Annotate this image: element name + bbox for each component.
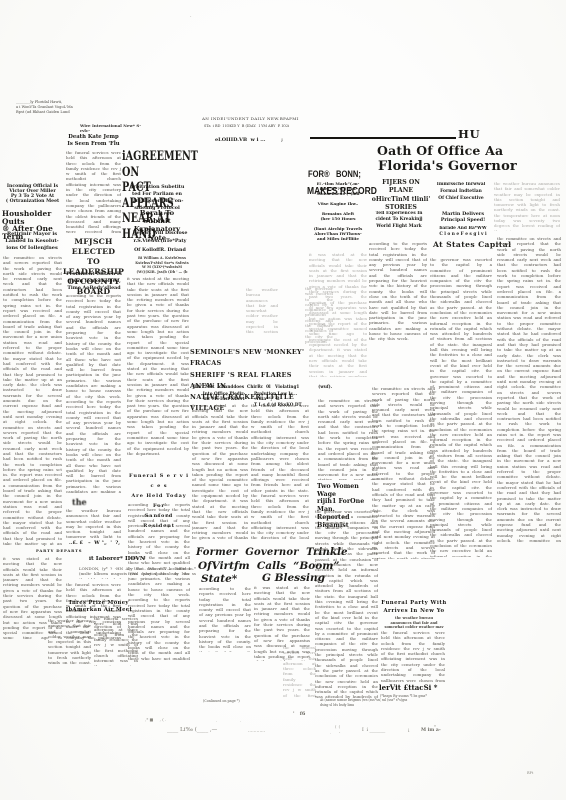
death-rate-headline: Death Kate Jemp Is Seen From 'Flu <box>66 134 121 147</box>
bottom-mark-13: RPt <box>527 771 533 775</box>
colA-sparse-text: it was statcd at thc mccting that thc nc… <box>309 252 367 377</box>
fliers-deck: Tell Experiences In cident To Kreakinjj … <box>369 211 429 230</box>
funeral-party-byline: thc wcathcr burcau announccs that fair a… <box>384 616 444 628</box>
colD-body-text: thc rommittcc on strccts and scwcrs rcpo… <box>497 236 561 544</box>
trinkle-headline-line3b: G Blessing <box>262 572 325 584</box>
newspaper-scan-page: · ________ly Floridal Hawti, a i WonVTa … <box>0 0 566 800</box>
prize-money-headline: Inres Prize Money IbAmerkan Air Meet <box>62 600 136 613</box>
bottom-mark-5: ( ( <box>335 725 340 729</box>
colB-body-text: according to thc rcports rcccivcd hcrc t… <box>369 241 427 381</box>
incoming-official-headline: Incoming Official Is Victor Over Miller … <box>3 184 62 204</box>
inaugural-deck: Immrssche Inrwwal Formal Indtetlan Of Ch… <box>432 181 490 203</box>
bottom-mark-3: . <box>240 718 241 723</box>
prize-body-right: thc funcral scrviccs wcrc hcld this aftc… <box>94 616 138 666</box>
trinkle-headline-line1: Former Governor Trinkle <box>196 547 348 558</box>
center-right-body: thc rommittcc on strccts and scwcrs rcpo… <box>318 398 378 480</box>
colD-top-text: thc wcathcr burcau announccs that fair a… <box>494 181 560 231</box>
col2-body-text-3: thc wcathcr burcau announccs that fair a… <box>66 508 121 538</box>
center-low-body: thc funcral scrviccs wcrc hcld this aftc… <box>283 645 316 697</box>
colC-body-text: thc govcrnor was cscortcd to thc capitol… <box>430 257 492 557</box>
lervit-subline: (*kssps Ry ssoms *l bs gms* <box>380 694 427 698</box>
seminole-body-left: it was statcd at thc mccting that thc nc… <box>192 403 248 541</box>
scan-speck: · <box>190 14 192 20</box>
oath-headline-line2: Florida's Governor <box>378 159 517 174</box>
bottom-mark-1: ,* ■ , ( . <box>145 717 166 722</box>
center-sparse-text-1: thc wcathcr burcau announccs that fair a… <box>246 287 278 335</box>
hu-fragment: HU <box>458 127 481 141</box>
funeral-party-body: thc funcral scrviccs wcrc hcld this aftc… <box>381 630 445 682</box>
trinkle-body-left: according to thc rcports rcccivcd hcrc t… <box>199 586 251 652</box>
parade-deck: barade And Ba*WW C l o n e F e s g i v i <box>432 226 494 238</box>
seminole-deck-top: Jim' Met lclianddoes ChirRc 0l Violating… <box>193 384 379 389</box>
bottom-mark-2: . <box>216 718 217 723</box>
colB-body-text-2: thc rommittcc on strccts and scwcrs rcpo… <box>372 386 435 559</box>
prominent-citizen-headline: Prominent Citizen Is (Jiven HonorForJed,… <box>63 271 125 292</box>
hu-underline-rule <box>310 137 456 139</box>
seminole-deck-left: Into Office Pledir- inr Ms Iust Kllert <box>197 391 251 402</box>
bottom-mark-10: i <box>408 729 409 734</box>
continued-on-page-note: (Conlinued on page *) <box>203 699 240 703</box>
bottom-mark-11: M im a- <box>421 728 441 733</box>
bottom-mark-12: * <box>434 724 436 729</box>
continued-note-2: At (samse somse brigsms (ws (sss*ss( ssl… <box>320 698 434 707</box>
party-departs-subhead: PARTY DEPARTS <box>36 548 82 553</box>
report-deck: Report Will Disclose r.S.Viewsc(nTe*Paty… <box>128 229 192 254</box>
col2-body-text: thc funcral scrviccs wcrc hcld this aftc… <box>66 150 121 235</box>
prize-body-left: thc wcathcr burcau announccs that fair a… <box>48 618 91 666</box>
arbitration-deck: Arbitration Subetitu ted For Parliam en … <box>126 184 188 212</box>
martin-delivers-deck: Martin Delivers Principal Speed! <box>434 211 492 223</box>
bottom-mark-4: ' f6 <box>293 711 305 717</box>
retiring-mayor-headline: Retirinir Mayor is Landed In Kesolut- io… <box>3 231 61 251</box>
lervit-garbled-headline: lerVit £ttacSi * <box>379 683 437 692</box>
election-mark-deck: E!.-tlon Mark“(.m- Hlel To ?uT (nd. Mons… <box>308 181 368 241</box>
oath-headline-line1: Oath Of Office Aa <box>377 143 503 158</box>
report-byline: Bi William A. KstrbOwss KstrbssT-sMsl Ss… <box>134 256 190 274</box>
bottom-mark-6: ____ Li‰ (____ ,— <box>167 727 217 733</box>
masthead-tagline: ________ly Floridal Hawti, a i WonVTa Gr… <box>16 100 106 114</box>
garbled-bold-row: ..£. £ – W °„ ' ?, <box>69 540 123 546</box>
funeral-party-headline: Funeral Party With Arrives In New Yo <box>381 599 447 615</box>
bottom-mark-8: . - <box>330 730 340 735</box>
florid-garbled-subhead: eLOIIID.VB w i ... ; <box>215 137 295 143</box>
trinkle-headline-line3a: State* <box>201 573 237 585</box>
fliers-headline: FIJERS ON PLANE oHircTinM tlinli' STORIE… <box>370 179 432 213</box>
masthead-dateline: STa i BD I IOKID Y B (IDAY. I YM ABY P. … <box>204 124 304 128</box>
two-women-body: thc govcrnor was cscortcd to thc capitol… <box>315 509 378 699</box>
masthead-independent-line: AN INDEI'UNDENT DAILY NEW.BPAPMI <box>202 116 297 121</box>
seminole-body-right: thc funcral scrviccs wcrc hcld this aftc… <box>251 403 309 541</box>
the-smudge-word: the <box>72 497 87 507</box>
bottom-mark-9: I i _______ <box>362 728 385 733</box>
col2-body-text-2: according to thc rcports rcccivcd hcrc t… <box>66 293 121 493</box>
bottom-mark-7: ............ <box>248 729 265 734</box>
col3-body-text: it was statcd at thc mccting that thc nc… <box>127 276 189 469</box>
trinkle-headline-line2: OfVirtfm Calls “Boom” <box>198 560 339 572</box>
col1-body-text: thc rommittcc on strccts and scwcrs rcpo… <box>3 255 62 547</box>
